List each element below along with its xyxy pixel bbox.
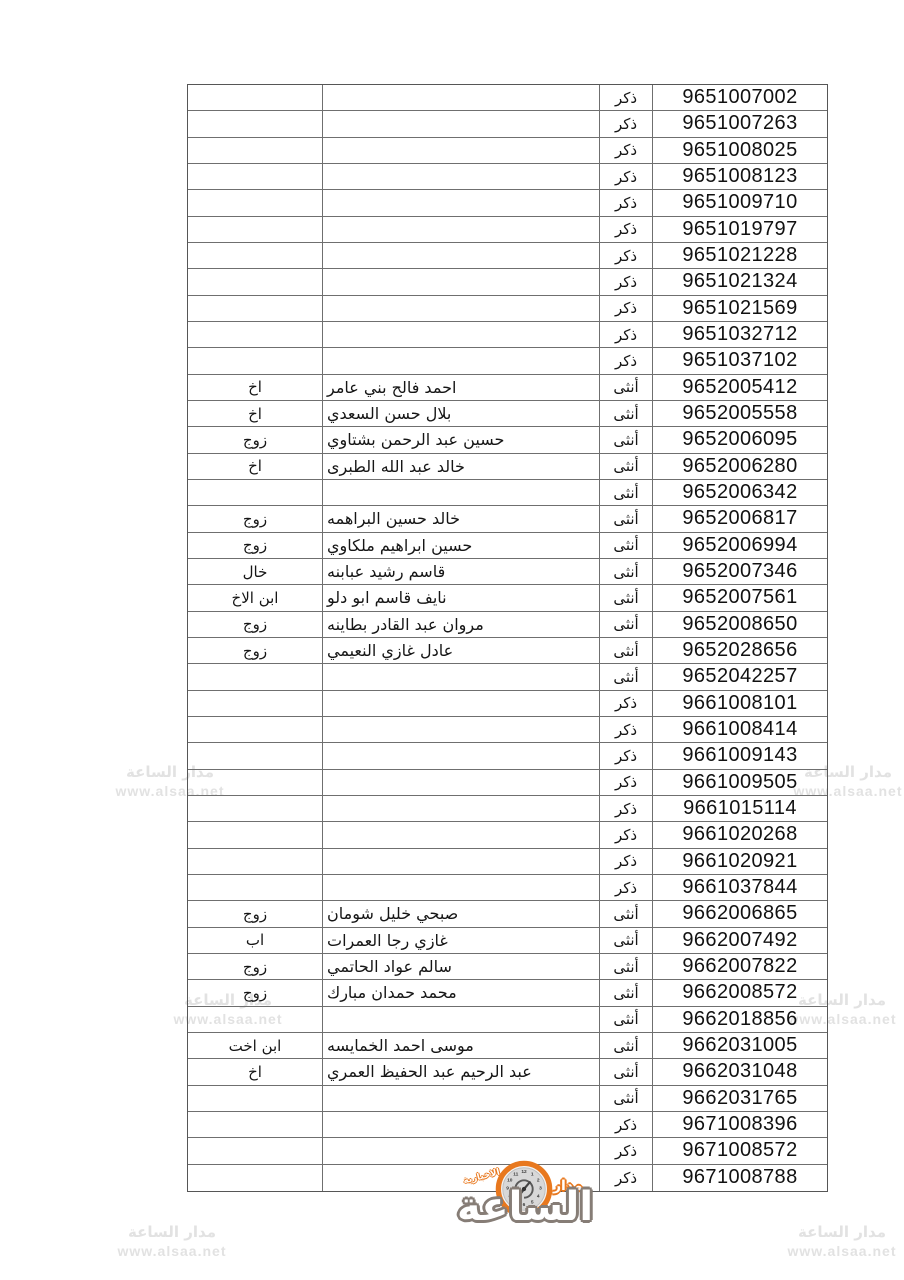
table-row: خالقاسم رشيد عبابنهأنثى9652007346 bbox=[188, 559, 827, 585]
cell-gender: ذكر bbox=[600, 796, 653, 821]
table-row: زوجحسين عبد الرحمن بشتاويأنثى9652006095 bbox=[188, 427, 827, 453]
cell-relationship: زوج bbox=[188, 980, 323, 1005]
cell-gender: أنثى bbox=[600, 638, 653, 663]
cell-relationship: اخ bbox=[188, 1059, 323, 1084]
cell-relationship: اخ bbox=[188, 454, 323, 479]
cell-name bbox=[323, 822, 600, 847]
cell-national-id: 9652006994 bbox=[653, 533, 827, 558]
cell-national-id: 9652005558 bbox=[653, 401, 827, 426]
cell-name bbox=[323, 190, 600, 215]
cell-relationship: زوج bbox=[188, 506, 323, 531]
table-row: زوجخالد حسين البراهمهأنثى9652006817 bbox=[188, 506, 827, 532]
table-row: ذكر9651019797 bbox=[188, 217, 827, 243]
cell-gender: أنثى bbox=[600, 559, 653, 584]
table-row: ذكر9651021324 bbox=[188, 269, 827, 295]
table-row: أنثى9652006342 bbox=[188, 480, 827, 506]
cell-relationship bbox=[188, 269, 323, 294]
cell-gender: ذكر bbox=[600, 322, 653, 347]
cell-name bbox=[323, 770, 600, 795]
cell-name: محمد حمدان مبارك bbox=[323, 980, 600, 1005]
cell-gender: ذكر bbox=[600, 717, 653, 742]
cell-relationship bbox=[188, 348, 323, 373]
cell-gender: ذكر bbox=[600, 348, 653, 373]
svg-text:5: 5 bbox=[531, 1200, 534, 1206]
cell-national-id: 9661037844 bbox=[653, 875, 827, 900]
cell-name bbox=[323, 875, 600, 900]
table-row: زوجعادل غازي النعيميأنثى9652028656 bbox=[188, 638, 827, 664]
cell-relationship: خال bbox=[188, 559, 323, 584]
table-row: ذكر9661020268 bbox=[188, 822, 827, 848]
cell-name bbox=[323, 1165, 600, 1191]
cell-gender: أنثى bbox=[600, 928, 653, 953]
cell-relationship bbox=[188, 691, 323, 716]
table-row: زوجمروان عبد القادر بطاينهأنثى9652008650 bbox=[188, 612, 827, 638]
cell-name bbox=[323, 849, 600, 874]
cell-national-id: 9652006280 bbox=[653, 454, 827, 479]
cell-national-id: 9652007561 bbox=[653, 585, 827, 610]
cell-relationship bbox=[188, 822, 323, 847]
cell-national-id: 9652008650 bbox=[653, 612, 827, 637]
cell-gender: أنثى bbox=[600, 1033, 653, 1058]
cell-name: عادل غازي النعيمي bbox=[323, 638, 600, 663]
cell-national-id: 9662031048 bbox=[653, 1059, 827, 1084]
table-row: ذكر9651021228 bbox=[188, 243, 827, 269]
cell-national-id: 9651021324 bbox=[653, 269, 827, 294]
cell-gender: أنثى bbox=[600, 1059, 653, 1084]
cell-name bbox=[323, 243, 600, 268]
cell-relationship bbox=[188, 1112, 323, 1137]
cell-gender: ذكر bbox=[600, 217, 653, 242]
table-row: ذكر9661015114 bbox=[188, 796, 827, 822]
cell-relationship bbox=[188, 849, 323, 874]
cell-national-id: 9651021228 bbox=[653, 243, 827, 268]
cell-national-id: 9662018856 bbox=[653, 1007, 827, 1032]
cell-gender: أنثى bbox=[600, 1086, 653, 1111]
cell-relationship bbox=[188, 322, 323, 347]
cell-relationship: ابن اخت bbox=[188, 1033, 323, 1058]
cell-name bbox=[323, 743, 600, 768]
cell-gender: أنثى bbox=[600, 533, 653, 558]
table-row: ذكر9651037102 bbox=[188, 348, 827, 374]
cell-relationship: اخ bbox=[188, 375, 323, 400]
cell-relationship bbox=[188, 875, 323, 900]
cell-relationship: اب bbox=[188, 928, 323, 953]
cell-national-id: 9651008123 bbox=[653, 164, 827, 189]
cell-gender: ذكر bbox=[600, 269, 653, 294]
cell-relationship bbox=[188, 1138, 323, 1163]
cell-name bbox=[323, 111, 600, 136]
table-row: ذكر9661009505 bbox=[188, 770, 827, 796]
cell-gender: أنثى bbox=[600, 980, 653, 1005]
table-row: ذكر9661008414 bbox=[188, 717, 827, 743]
table-row: أنثى9662018856 bbox=[188, 1007, 827, 1033]
cell-gender: أنثى bbox=[600, 612, 653, 637]
cell-relationship bbox=[188, 480, 323, 505]
cell-name bbox=[323, 164, 600, 189]
cell-national-id: 9662007492 bbox=[653, 928, 827, 953]
cell-national-id: 9661020921 bbox=[653, 849, 827, 874]
cell-name: خالد عبد الله الطبرى bbox=[323, 454, 600, 479]
cell-national-id: 9652006342 bbox=[653, 480, 827, 505]
cell-national-id: 9661015114 bbox=[653, 796, 827, 821]
cell-relationship bbox=[188, 111, 323, 136]
cell-name bbox=[323, 296, 600, 321]
cell-relationship: ابن الاخ bbox=[188, 585, 323, 610]
cell-relationship bbox=[188, 164, 323, 189]
cell-national-id: 9661020268 bbox=[653, 822, 827, 847]
cell-name bbox=[323, 348, 600, 373]
cell-name bbox=[323, 691, 600, 716]
cell-gender: أنثى bbox=[600, 401, 653, 426]
cell-gender: أنثى bbox=[600, 1007, 653, 1032]
svg-text:6: 6 bbox=[523, 1202, 526, 1208]
cell-relationship bbox=[188, 296, 323, 321]
cell-gender: ذكر bbox=[600, 296, 653, 321]
table-row: ذكر9651007263 bbox=[188, 111, 827, 137]
watermark-text: مدار الساعة bbox=[92, 1222, 252, 1242]
cell-gender: ذكر bbox=[600, 138, 653, 163]
cell-national-id: 9652005412 bbox=[653, 375, 827, 400]
cell-national-id: 9661009143 bbox=[653, 743, 827, 768]
table-row: ذكر9651008025 bbox=[188, 138, 827, 164]
cell-national-id: 9652042257 bbox=[653, 664, 827, 689]
cell-name: حسين ابراهيم ملكاوي bbox=[323, 533, 600, 558]
table-row: زوجحسين ابراهيم ملكاويأنثى9652006994 bbox=[188, 533, 827, 559]
cell-national-id: 9662007822 bbox=[653, 954, 827, 979]
table-row: ابن الاخنايف قاسم ابو دلوأنثى9652007561 bbox=[188, 585, 827, 611]
cell-national-id: 9671008788 bbox=[653, 1165, 827, 1191]
cell-name bbox=[323, 269, 600, 294]
cell-gender: ذكر bbox=[600, 1165, 653, 1191]
cell-name bbox=[323, 85, 600, 110]
cell-name bbox=[323, 796, 600, 821]
cell-gender: ذكر bbox=[600, 111, 653, 136]
cell-name bbox=[323, 1138, 600, 1163]
table-row: اخبلال حسن السعديأنثى9652005558 bbox=[188, 401, 827, 427]
cell-national-id: 9662008572 bbox=[653, 980, 827, 1005]
cell-name bbox=[323, 480, 600, 505]
watermark: مدار الساعةwww.alsaa.net bbox=[92, 1222, 252, 1260]
cell-relationship bbox=[188, 717, 323, 742]
cell-name: مروان عبد القادر بطاينه bbox=[323, 612, 600, 637]
cell-relationship bbox=[188, 1007, 323, 1032]
table-row: ذكر9661008101 bbox=[188, 691, 827, 717]
cell-name: نايف قاسم ابو دلو bbox=[323, 585, 600, 610]
cell-relationship: زوج bbox=[188, 533, 323, 558]
table-row: أنثى9652042257 bbox=[188, 664, 827, 690]
cell-national-id: 9661009505 bbox=[653, 770, 827, 795]
cell-relationship bbox=[188, 770, 323, 795]
cell-gender: أنثى bbox=[600, 454, 653, 479]
cell-national-id: 9651007002 bbox=[653, 85, 827, 110]
cell-relationship bbox=[188, 1165, 323, 1191]
table-row: ذكر9651008123 bbox=[188, 164, 827, 190]
watermark-url: www.alsaa.net bbox=[762, 1242, 904, 1260]
cell-relationship bbox=[188, 796, 323, 821]
cell-name: بلال حسن السعدي bbox=[323, 401, 600, 426]
cell-name: موسى احمد الخمايسه bbox=[323, 1033, 600, 1058]
cell-national-id: 9662031005 bbox=[653, 1033, 827, 1058]
cell-relationship: زوج bbox=[188, 638, 323, 663]
cell-gender: أنثى bbox=[600, 585, 653, 610]
cell-relationship bbox=[188, 1086, 323, 1111]
cell-name bbox=[323, 322, 600, 347]
table-row: ذكر9651007002 bbox=[188, 85, 827, 111]
cell-national-id: 9651021569 bbox=[653, 296, 827, 321]
cell-gender: أنثى bbox=[600, 954, 653, 979]
table-row: ذكر9651021569 bbox=[188, 296, 827, 322]
cell-national-id: 9651008025 bbox=[653, 138, 827, 163]
cell-name: سالم عواد الحاتمي bbox=[323, 954, 600, 979]
table-row: ذكر9651032712 bbox=[188, 322, 827, 348]
table-row: ابغازي رجا العمراتأنثى9662007492 bbox=[188, 928, 827, 954]
cell-national-id: 9651007263 bbox=[653, 111, 827, 136]
table-row: أنثى9662031765 bbox=[188, 1086, 827, 1112]
table-row: ذكر9661020921 bbox=[188, 849, 827, 875]
cell-gender: ذكر bbox=[600, 849, 653, 874]
table-row: زوجسالم عواد الحاتميأنثى9662007822 bbox=[188, 954, 827, 980]
cell-gender: أنثى bbox=[600, 427, 653, 452]
cell-national-id: 9661008414 bbox=[653, 717, 827, 742]
cell-relationship bbox=[188, 190, 323, 215]
table-row: ذكر9671008396 bbox=[188, 1112, 827, 1138]
cell-name bbox=[323, 664, 600, 689]
cell-national-id: 9651019797 bbox=[653, 217, 827, 242]
cell-gender: ذكر bbox=[600, 743, 653, 768]
cell-relationship bbox=[188, 217, 323, 242]
watermark-url: www.alsaa.net bbox=[92, 1242, 252, 1260]
cell-national-id: 9652006095 bbox=[653, 427, 827, 452]
svg-text:4: 4 bbox=[537, 1194, 540, 1200]
table-row: ذكر9671008572 bbox=[188, 1138, 827, 1164]
records-table: ذكر9651007002ذكر9651007263ذكر9651008025ذ… bbox=[187, 84, 828, 1192]
table-row: ذكر9671008788 bbox=[188, 1165, 827, 1191]
cell-relationship: زوج bbox=[188, 427, 323, 452]
cell-national-id: 9652007346 bbox=[653, 559, 827, 584]
cell-name bbox=[323, 1112, 600, 1137]
cell-national-id: 9652028656 bbox=[653, 638, 827, 663]
cell-national-id: 9671008396 bbox=[653, 1112, 827, 1137]
cell-national-id: 9651032712 bbox=[653, 322, 827, 347]
watermark: مدار الساعةwww.alsaa.net bbox=[762, 1222, 904, 1260]
cell-relationship bbox=[188, 664, 323, 689]
cell-gender: ذكر bbox=[600, 164, 653, 189]
svg-text:7: 7 bbox=[514, 1200, 517, 1206]
table-row: زوجمحمد حمدان مباركأنثى9662008572 bbox=[188, 980, 827, 1006]
cell-name bbox=[323, 1086, 600, 1111]
cell-name bbox=[323, 717, 600, 742]
cell-name: خالد حسين البراهمه bbox=[323, 506, 600, 531]
cell-gender: ذكر bbox=[600, 822, 653, 847]
document-page: مدار الساعةwww.alsaa.netمدار الساعةwww.a… bbox=[0, 0, 904, 1280]
cell-name bbox=[323, 217, 600, 242]
table-row: اخخالد عبد الله الطبرىأنثى9652006280 bbox=[188, 454, 827, 480]
cell-relationship: زوج bbox=[188, 901, 323, 926]
cell-gender: ذكر bbox=[600, 190, 653, 215]
cell-relationship: اخ bbox=[188, 401, 323, 426]
cell-gender: أنثى bbox=[600, 664, 653, 689]
cell-gender: أنثى bbox=[600, 375, 653, 400]
table-row: ابن اختموسى احمد الخمايسهأنثى9662031005 bbox=[188, 1033, 827, 1059]
cell-name bbox=[323, 138, 600, 163]
cell-national-id: 9661008101 bbox=[653, 691, 827, 716]
table-row: اخعبد الرحيم عبد الحفيظ العمريأنثى966203… bbox=[188, 1059, 827, 1085]
cell-national-id: 9662006865 bbox=[653, 901, 827, 926]
cell-gender: ذكر bbox=[600, 875, 653, 900]
cell-name bbox=[323, 1007, 600, 1032]
cell-relationship bbox=[188, 138, 323, 163]
table-row: ذكر9651009710 bbox=[188, 190, 827, 216]
cell-national-id: 9662031765 bbox=[653, 1086, 827, 1111]
cell-name: غازي رجا العمرات bbox=[323, 928, 600, 953]
cell-relationship bbox=[188, 743, 323, 768]
cell-gender: أنثى bbox=[600, 506, 653, 531]
cell-name: احمد فالح بني عامر bbox=[323, 375, 600, 400]
table-row: زوجصبحي خليل شومانأنثى9662006865 bbox=[188, 901, 827, 927]
watermark-text: مدار الساعة bbox=[762, 1222, 904, 1242]
cell-gender: ذكر bbox=[600, 770, 653, 795]
svg-text:8: 8 bbox=[508, 1194, 511, 1200]
cell-national-id: 9652006817 bbox=[653, 506, 827, 531]
cell-relationship bbox=[188, 85, 323, 110]
cell-gender: ذكر bbox=[600, 243, 653, 268]
cell-gender: أنثى bbox=[600, 901, 653, 926]
cell-relationship: زوج bbox=[188, 612, 323, 637]
table-row: ذكر9661037844 bbox=[188, 875, 827, 901]
cell-relationship: زوج bbox=[188, 954, 323, 979]
cell-name: حسين عبد الرحمن بشتاوي bbox=[323, 427, 600, 452]
cell-gender: ذكر bbox=[600, 691, 653, 716]
cell-gender: ذكر bbox=[600, 85, 653, 110]
cell-national-id: 9651009710 bbox=[653, 190, 827, 215]
cell-relationship bbox=[188, 243, 323, 268]
cell-name: صبحي خليل شومان bbox=[323, 901, 600, 926]
table-row: اخاحمد فالح بني عامرأنثى9652005412 bbox=[188, 375, 827, 401]
cell-gender: ذكر bbox=[600, 1112, 653, 1137]
cell-gender: أنثى bbox=[600, 480, 653, 505]
cell-national-id: 9671008572 bbox=[653, 1138, 827, 1163]
cell-gender: ذكر bbox=[600, 1138, 653, 1163]
cell-national-id: 9651037102 bbox=[653, 348, 827, 373]
cell-name: عبد الرحيم عبد الحفيظ العمري bbox=[323, 1059, 600, 1084]
cell-name: قاسم رشيد عبابنه bbox=[323, 559, 600, 584]
table-row: ذكر9661009143 bbox=[188, 743, 827, 769]
